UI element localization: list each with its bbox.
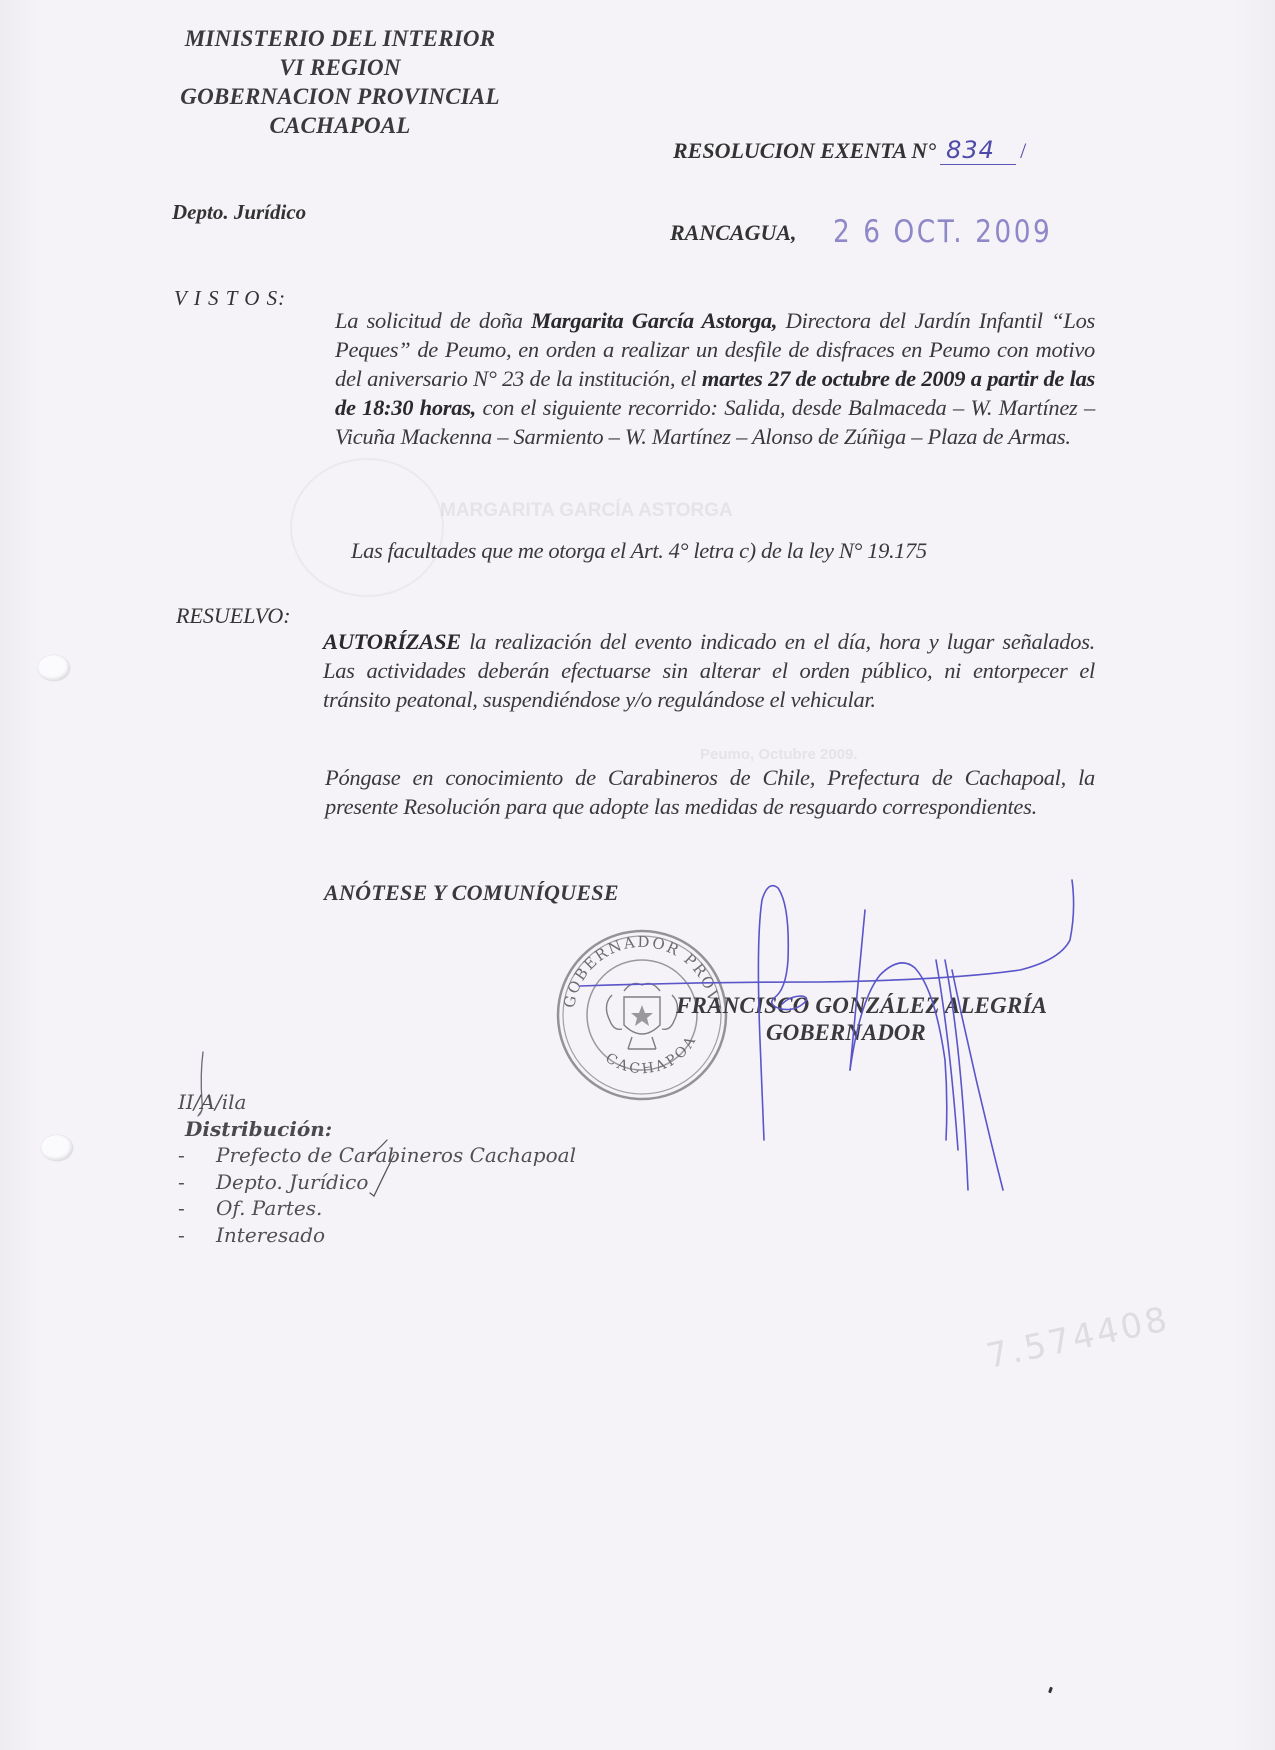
letterhead: MINISTERIO DEL INTERIOR VI REGION GOBERN… <box>165 24 515 140</box>
distribution-item: -Prefecto de Carabineros Cachapoal <box>178 1142 576 1169</box>
reference-initials: II/A/ila <box>178 1090 246 1114</box>
resolution-heading: RESOLUCION EXENTA N° 834 / <box>673 136 1026 165</box>
bullet-dash: - <box>178 1142 216 1169</box>
resolution-number-mark: / <box>1020 138 1026 163</box>
vistos-emphasis: Margarita García Astorga, <box>531 308 777 333</box>
governorate-line: GOBERNACION PROVINCIAL <box>165 82 515 111</box>
signatory-name: FRANCISCO GONZÁLEZ ALEGRÍA <box>676 993 1076 1019</box>
ministry-line: MINISTERIO DEL INTERIOR <box>165 24 515 53</box>
province-line: CACHAPOAL <box>165 111 515 140</box>
handwritten-pencil-note: 7.574408 <box>983 1299 1173 1377</box>
authorize-keyword: AUTORÍZASE <box>323 629 461 654</box>
distribution-recipient: Depto. Jurídico <box>216 1170 368 1194</box>
vistos-text: La solicitud de doña <box>335 308 531 333</box>
distribution-recipient: Prefecto de Carabineros Cachapoal <box>216 1143 576 1167</box>
coat-of-arms-icon <box>606 983 677 1049</box>
handwritten-signature <box>0 0 1275 1750</box>
bleed-through-place-date: Peumo, Octubre 2009. <box>700 746 858 763</box>
resolution-label: RESOLUCION EXENTA N° <box>673 138 936 163</box>
resuelvo-label: RESUELVO: <box>176 603 291 629</box>
bleed-through-seal <box>290 458 444 597</box>
date-line: RANCAGUA, <box>670 220 797 246</box>
closing-formula: ANÓTESE Y COMUNÍQUESE <box>324 880 619 906</box>
distribution-label: Distribución: <box>185 1117 332 1141</box>
distribution-list: -Prefecto de Carabineros Cachapoal-Depto… <box>178 1142 576 1248</box>
distribution-recipient: Of. Partes. <box>216 1196 322 1220</box>
signatory-block: FRANCISCO GONZÁLEZ ALEGRÍA GOBERNADOR <box>676 993 1076 1046</box>
resuelvo-paragraph-1: AUTORÍZASE la realización del evento ind… <box>323 627 1095 714</box>
punch-hole-bottom <box>41 1135 73 1161</box>
document-page: MARGARITA GARCÍA ASTORGA Peumo, Octubre … <box>0 0 1275 1750</box>
distribution-item: -Of. Partes. <box>178 1195 576 1222</box>
region-line: VI REGION <box>165 53 515 82</box>
bleed-through-name: MARGARITA GARCÍA ASTORGA <box>440 500 733 522</box>
punch-hole-top <box>38 655 70 681</box>
date-stamp: 2 6 OCT. 2009 <box>833 214 1052 250</box>
vistos-label: V I S T O S: <box>174 286 286 311</box>
distribution-item: -Depto. Jurídico <box>178 1169 576 1196</box>
bullet-dash: - <box>178 1169 216 1196</box>
vistos-paragraph: La solicitud de doña Margarita García As… <box>335 306 1095 451</box>
resolution-number: 834 <box>940 136 1016 165</box>
resuelvo-paragraph-2: Póngase en conocimiento de Carabineros d… <box>325 763 1095 821</box>
city-label: RANCAGUA, <box>670 220 797 245</box>
bullet-dash: - <box>178 1222 216 1249</box>
department-label: Depto. Jurídico <box>172 200 306 225</box>
distribution-item: -Interesado <box>178 1222 576 1249</box>
signatory-title: GOBERNADOR <box>676 1020 1076 1046</box>
bullet-dash: - <box>178 1195 216 1222</box>
legal-faculties: Las facultades que me otorga el Art. 4° … <box>351 538 927 564</box>
ink-speck <box>1048 1687 1053 1694</box>
distribution-recipient: Interesado <box>216 1223 325 1247</box>
